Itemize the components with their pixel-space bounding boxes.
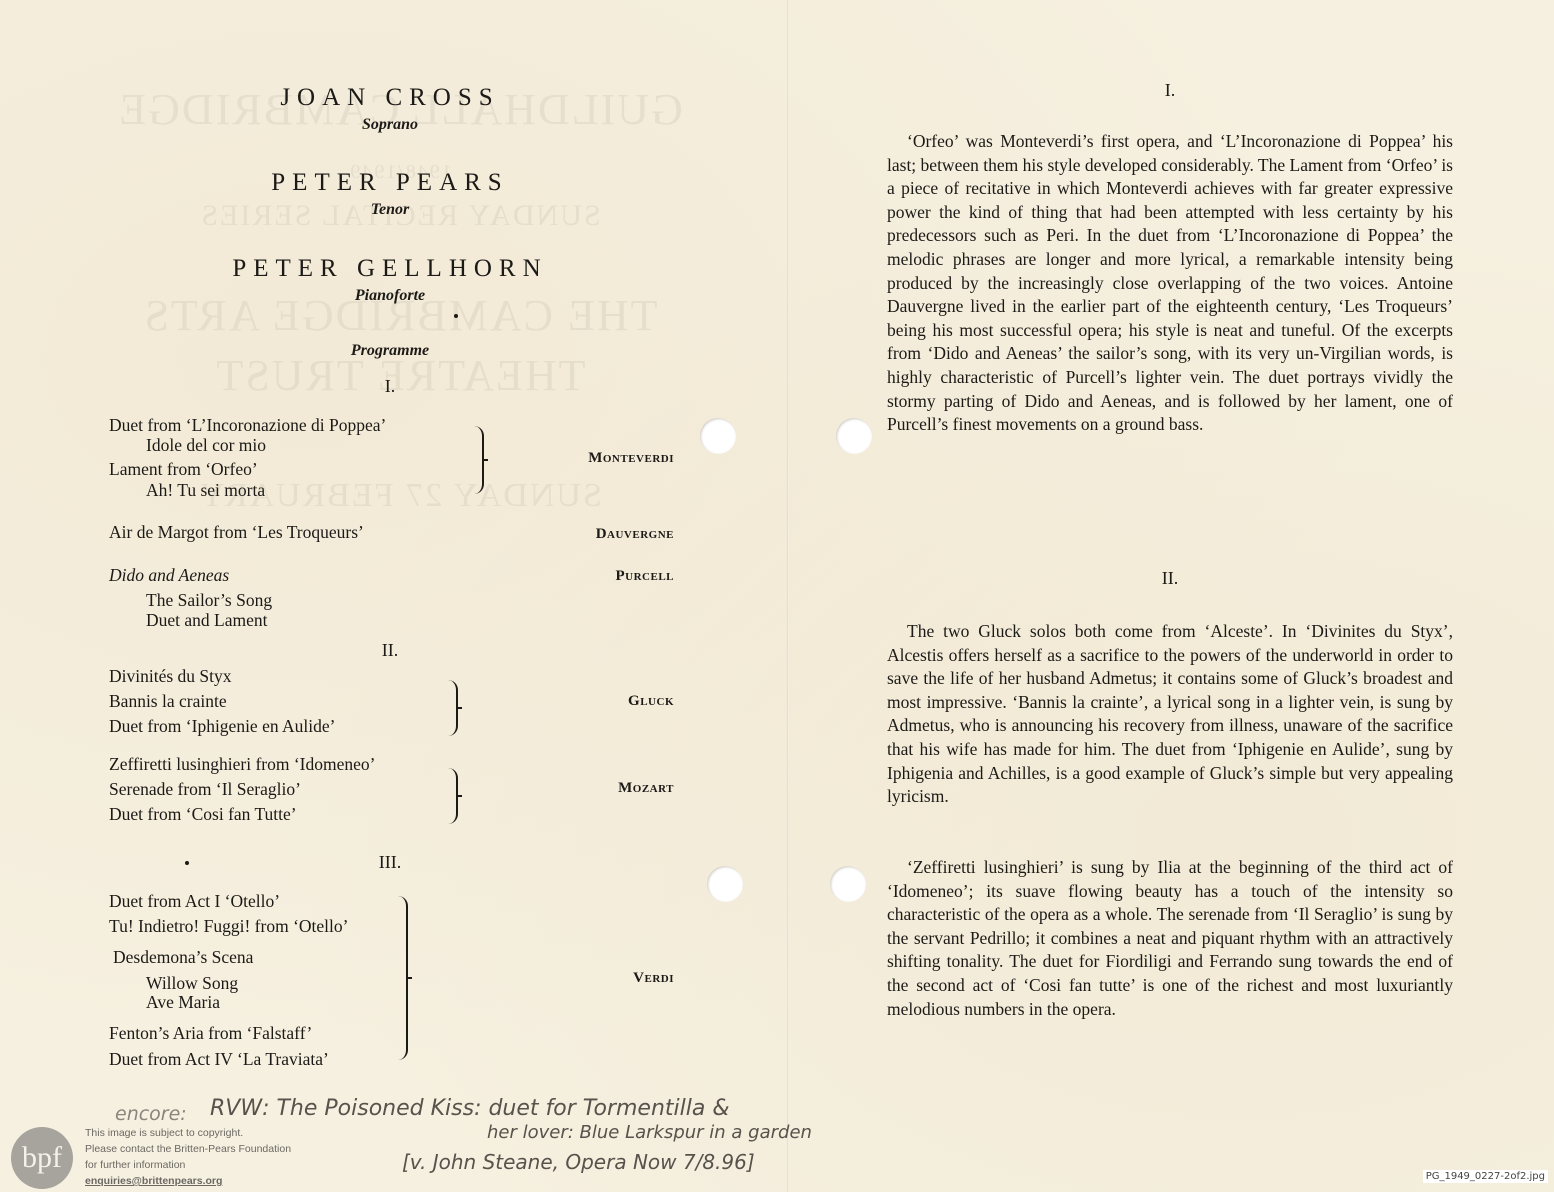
punch-hole (700, 418, 736, 454)
bracket-gluck (446, 680, 458, 736)
handwritten-note-line: [v. John Steane, Opera Now 7/8.96] (402, 1150, 755, 1174)
page-fold (787, 0, 789, 1192)
composer-name: Purcell (615, 568, 674, 585)
file-name-label: PG_1949_0227-2of2.jpg (1423, 1170, 1548, 1183)
bracket-mozart (446, 768, 458, 824)
programme-item: Idole del cor mio (109, 434, 266, 456)
composer-name: Monteverdi (588, 450, 674, 467)
artist-role: Soprano (100, 113, 680, 137)
copyright-line: This image is subject to copyright. (85, 1125, 291, 1141)
programme-item: Ah! Tu sei morta (109, 479, 265, 501)
section-numeral: II. (100, 640, 680, 661)
artist-name: PETER GELLHORN (100, 254, 680, 284)
artist-name: JOAN CROSS (100, 83, 680, 113)
composer-name: Dauvergne (596, 526, 674, 543)
programme-item: Duet from ‘Cosi fan Tutte’ (109, 803, 297, 825)
programme-item: The Sailor’s Song (109, 589, 272, 611)
handwritten-note-line: RVW: The Poisoned Kiss: duet for Torment… (210, 1096, 730, 1121)
programme-item: Zeffiretti lusinghieri from ‘Idomeneo’ (109, 753, 375, 775)
punch-hole (707, 866, 743, 902)
artist-peter-pears: PETER PEARS Tenor (100, 168, 680, 222)
punch-hole (836, 418, 872, 454)
copyright-notice: This image is subject to copyright. Plea… (85, 1125, 291, 1189)
programme-item: Tu! Indietro! Fuggi! from ‘Otello’ (109, 915, 348, 937)
notes-paragraph: ‘Zeffiretti lusinghieri’ is sung by Ilia… (887, 856, 1453, 1021)
bracket-monteverdi (472, 426, 484, 494)
programme-item: Ave Maria (109, 991, 220, 1013)
artist-role: Pianoforte (100, 284, 680, 308)
programme-item: Lament from ‘Orfeo’ (109, 458, 258, 480)
programme-item: Desdemona’s Scena (113, 946, 253, 968)
handwritten-note-line: her lover: Blue Larkspur in a garden (487, 1122, 812, 1143)
artist-peter-gellhorn: PETER GELLHORN Pianoforte (100, 254, 680, 308)
artist-joan-cross: JOAN CROSS Soprano (100, 83, 680, 137)
handwritten-note-prefix: encore: (115, 1103, 187, 1125)
composer-name: Gluck (628, 693, 674, 710)
artist-name: PETER PEARS (100, 168, 680, 198)
contact-email-link[interactable]: enquiries@brittenpears.org (85, 1173, 291, 1189)
programme-item: Duet from Act I ‘Otello’ (109, 890, 280, 912)
copyright-line: Please contact the Britten-Pears Foundat… (85, 1141, 291, 1157)
notes-paragraph: The two Gluck solos both come from ‘Alce… (887, 620, 1453, 809)
bracket-verdi (396, 896, 408, 1060)
punch-hole (830, 866, 866, 902)
section-numeral: III. (100, 852, 680, 873)
programme-item: Air de Margot from ‘Les Troqueurs’ (109, 521, 364, 543)
programme-sheet: GUILDHALL CAMBRIDGE 1948/1949 SUNDAY REC… (0, 0, 1554, 1192)
artist-role: Tenor (100, 198, 680, 222)
notes-paragraph: ‘Orfeo’ was Monteverdi’s first opera, an… (887, 130, 1453, 437)
section-numeral: II. (887, 568, 1453, 589)
programme-item: Fenton’s Aria from ‘Falstaff’ (109, 1022, 312, 1044)
programme-item: Dido and Aeneas (109, 564, 229, 586)
programme-item: Duet and Lament (109, 609, 267, 631)
programme-item: Serenade from ‘Il Seraglio’ (109, 778, 301, 800)
programme-item: Duet from ‘L’Incoronazione di Poppea’ (109, 414, 386, 436)
section-numeral: I. (100, 376, 680, 397)
section-numeral: I. (887, 80, 1453, 101)
composer-name: Mozart (618, 780, 674, 797)
bpf-logo: bpf (11, 1127, 73, 1189)
programme-item: Divinités du Styx (109, 665, 232, 687)
programme-item: Bannis la crainte (109, 690, 227, 712)
programme-item: Duet from ‘Iphigenie en Aulide’ (109, 715, 335, 737)
composer-name: Verdi (633, 970, 674, 987)
programme-item: Duet from Act IV ‘La Traviata’ (109, 1048, 329, 1070)
programme-heading: Programme (100, 342, 680, 360)
ink-speck (454, 314, 458, 318)
copyright-line: for further information (85, 1157, 291, 1173)
